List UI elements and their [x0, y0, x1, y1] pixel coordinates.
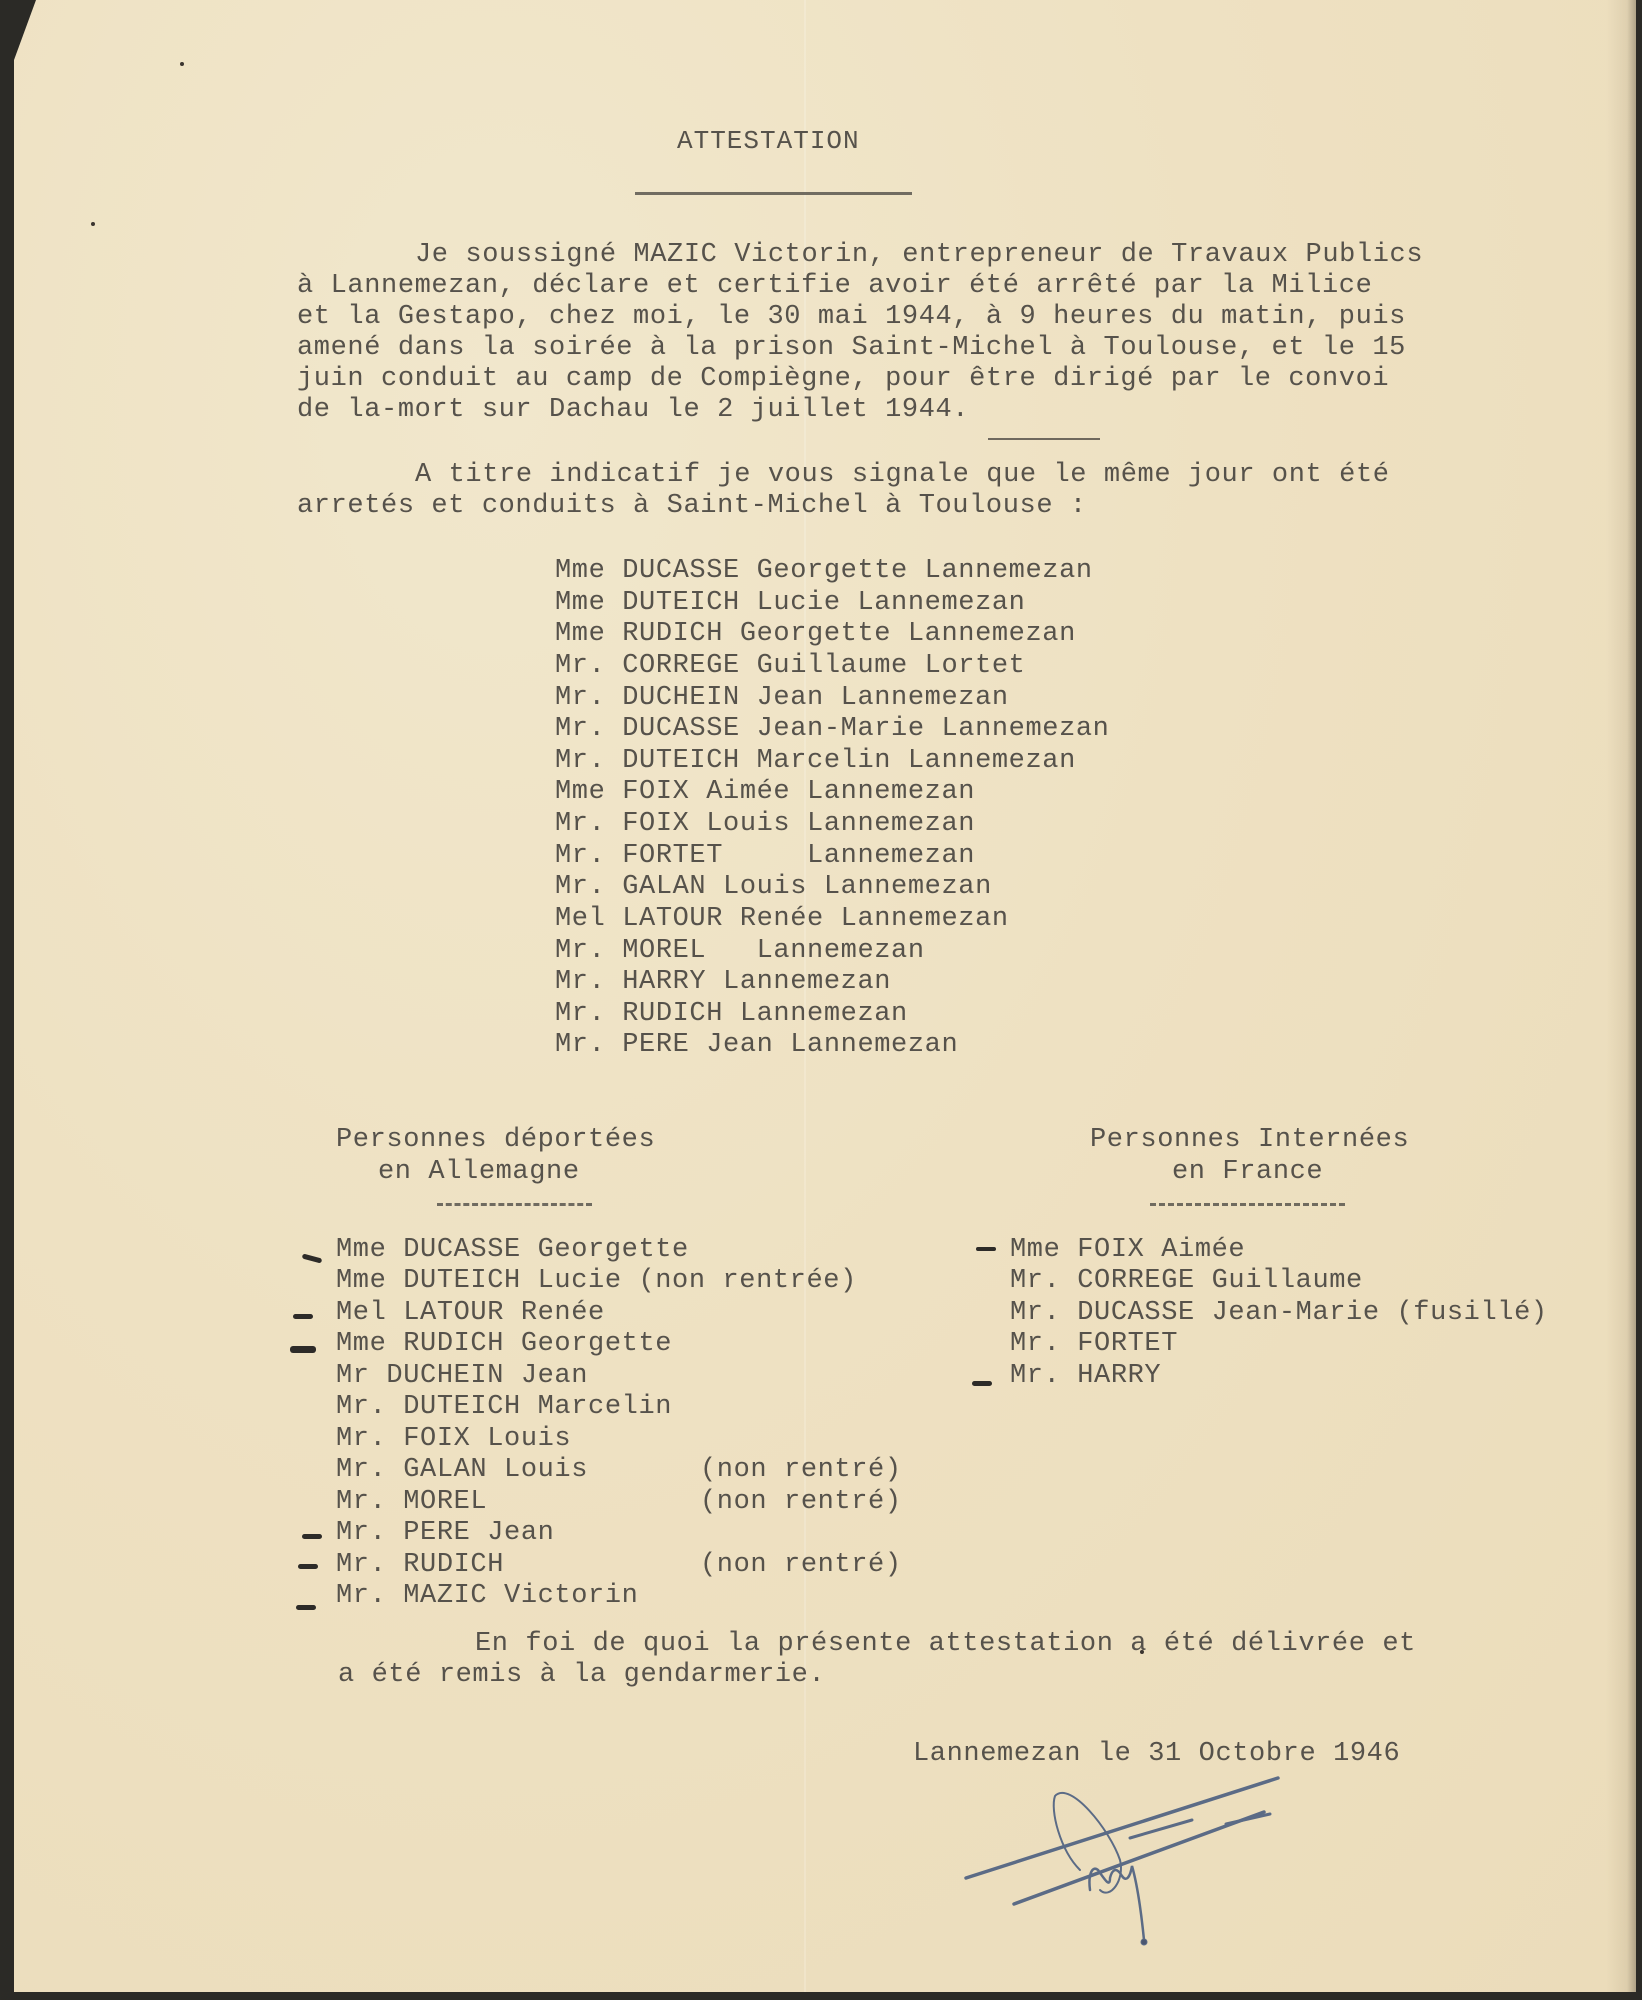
list-item: Mr DUCHEIN Jean: [336, 1361, 588, 1392]
ink-check-mark: [976, 1247, 996, 1251]
ink-check-mark: [298, 1564, 318, 1569]
paragraph-line: de la-mort sur Dachau le 2 juillet 1944.: [297, 395, 969, 426]
ink-underline: [988, 438, 1100, 440]
paragraph-line: arretés et conduits à Saint-Michel à Tou…: [297, 491, 1087, 522]
paragraph-line: juin conduit au camp de Compiègne, pour …: [297, 364, 1389, 395]
list-item: Mr. DUTEICH Marcelin: [336, 1392, 672, 1423]
status-note: (non rentré): [700, 1487, 902, 1518]
list-item: Mr. FORTET Lannemezan: [555, 841, 975, 872]
list-item: Mme DUTEICH Lucie (non rentrée): [336, 1266, 857, 1297]
list-item: Mr. HARRY Lannemezan: [555, 967, 891, 998]
paragraph-line: En foi de quoi la présente attestation a…: [475, 1629, 1416, 1660]
column-heading: Personnes déportées: [336, 1125, 655, 1156]
list-item: Mr. PERE Jean: [336, 1518, 554, 1549]
paper-edge-shadow: [1606, 0, 1636, 1992]
list-item: Mr. MOREL: [336, 1487, 487, 1518]
list-item: Mme DUTEICH Lucie Lannemezan: [555, 588, 1025, 619]
paragraph-line: a été remis à la gendarmerie.: [338, 1660, 825, 1691]
list-item: Mme RUDICH Georgette Lannemezan: [555, 619, 1076, 650]
list-item: Mr. RUDICH Lannemezan: [555, 999, 908, 1030]
paragraph-line: et la Gestapo, chez moi, le 30 mai 1944,…: [297, 302, 1406, 333]
list-item: Mme DUCASSE Georgette Lannemezan: [555, 556, 1093, 587]
paper-speck: [180, 62, 184, 66]
column-subheading: en France: [1172, 1157, 1323, 1188]
list-item: Mr. FOIX Louis Lannemezan: [555, 809, 975, 840]
list-item: Mel LATOUR Renée: [336, 1298, 605, 1329]
list-item: Mr. CORREGE Guillaume: [1010, 1266, 1363, 1297]
list-item: Mr. PERE Jean Lannemezan: [555, 1030, 958, 1061]
ink-check-mark: [290, 1346, 316, 1353]
ink-check-mark: [296, 1605, 316, 1610]
list-item: Mr. DUCASSE Jean-Marie Lannemezan: [555, 714, 1110, 745]
paragraph-line: A titre indicatif je vous signale que le…: [415, 460, 1390, 491]
list-item: Mr. FORTET: [1010, 1329, 1178, 1360]
column-heading-rule: [437, 1203, 592, 1206]
paragraph-line: à Lannemezan, déclare et certifie avoir …: [297, 271, 1372, 302]
list-item: Mr. CORREGE Guillaume Lortet: [555, 651, 1025, 682]
list-item: Mr. RUDICH: [336, 1550, 504, 1581]
paper-speck: [91, 222, 95, 226]
column-heading: Personnes Internées: [1090, 1125, 1409, 1156]
paragraph-line: Je soussigné MAZIC Victorin, entrepreneu…: [415, 240, 1423, 271]
signature: [960, 1770, 1300, 1970]
list-item: Mr. GALAN Louis: [336, 1455, 588, 1486]
document-title: ATTESTATION: [677, 126, 860, 157]
list-item: Mr. DUTEICH Marcelin Lannemezan: [555, 746, 1076, 777]
status-note: (non rentré): [700, 1550, 902, 1581]
paragraph-line: amené dans la soirée à la prison Saint-M…: [297, 333, 1406, 364]
list-item: Mme DUCASSE Georgette: [336, 1235, 689, 1266]
list-item: Mme RUDICH Georgette: [336, 1329, 672, 1360]
ink-check-mark: [972, 1381, 992, 1386]
list-item: Mr. MOREL Lannemezan: [555, 936, 925, 967]
list-item: Mr. MAZIC Victorin: [336, 1581, 638, 1612]
title-underline: [635, 192, 912, 195]
ink-check-mark: [302, 1534, 322, 1539]
list-item: Mme FOIX Aimée Lannemezan: [555, 777, 975, 808]
list-item: Mr. GALAN Louis Lannemezan: [555, 872, 992, 903]
status-note: (non rentré): [700, 1455, 902, 1486]
list-item: Mme FOIX Aimée: [1010, 1235, 1245, 1266]
date-line: Lannemezan le 31 Octobre 1946: [913, 1739, 1400, 1770]
list-item: Mel LATOUR Renée Lannemezan: [555, 904, 1009, 935]
list-item: Mr. DUCASSE Jean-Marie (fusillé): [1010, 1298, 1548, 1329]
ink-check-mark: [293, 1314, 313, 1319]
paper-speck: [1140, 1650, 1144, 1654]
list-item: Mr. DUCHEIN Jean Lannemezan: [555, 683, 1009, 714]
list-item: Mr. HARRY: [1010, 1361, 1161, 1392]
column-heading-rule: [1150, 1203, 1345, 1206]
list-item: Mr. FOIX Louis: [336, 1424, 571, 1455]
column-subheading: en Allemagne: [378, 1157, 580, 1188]
